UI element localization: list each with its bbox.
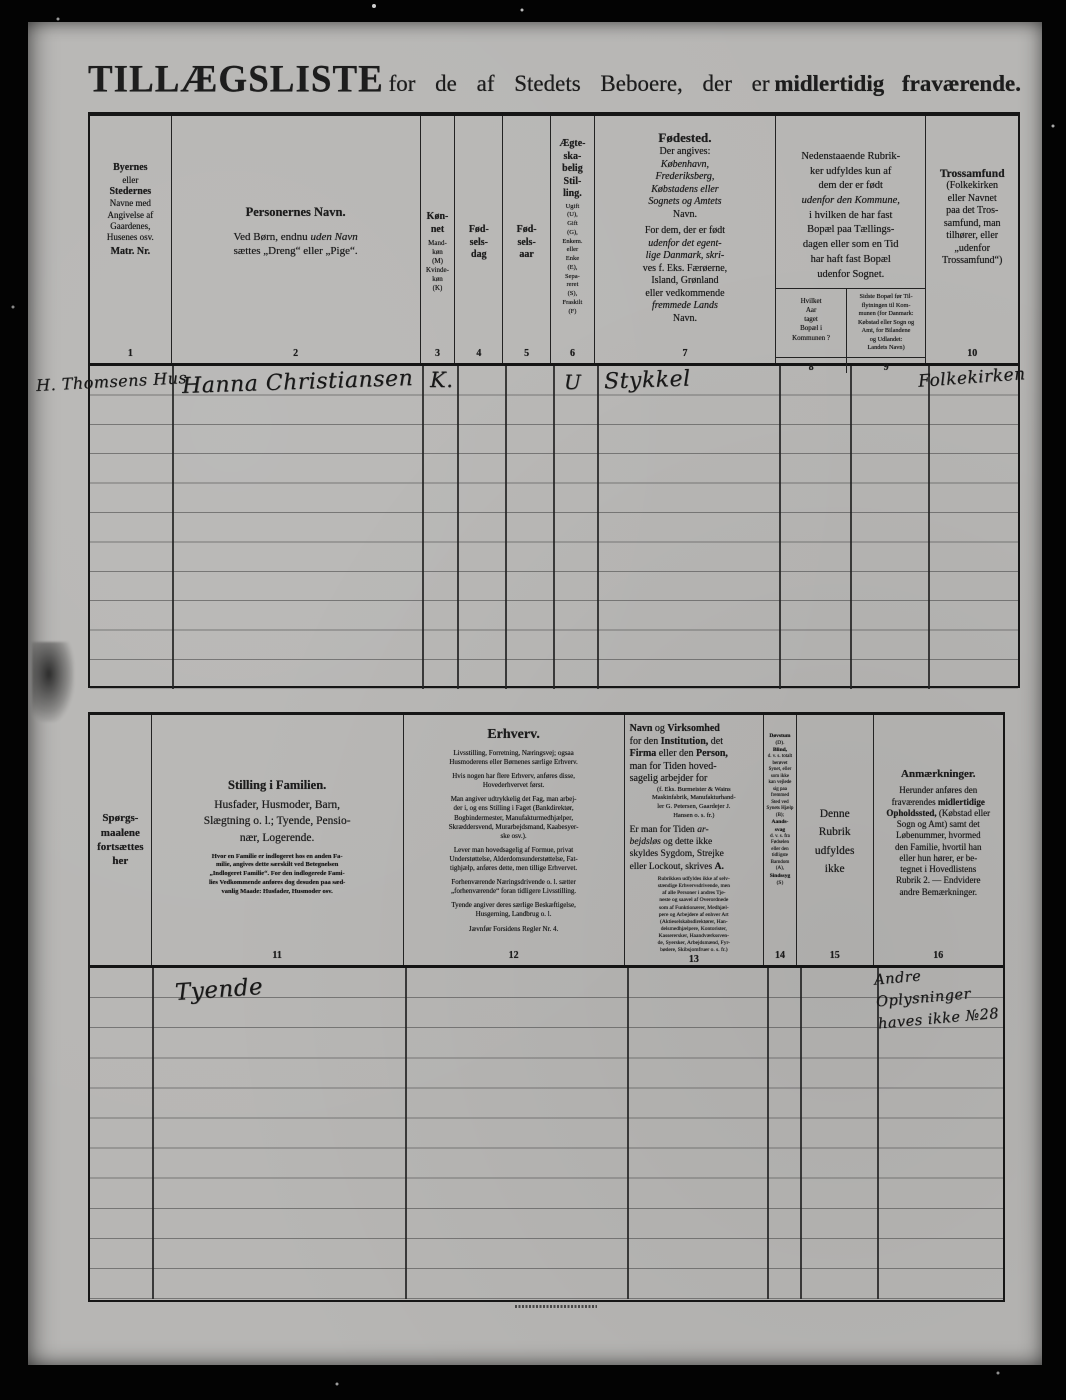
col4-title: Fød- sels- dag (469, 224, 489, 262)
col7-title: Fødested. (658, 130, 711, 146)
table-lower-rows (90, 968, 1003, 1299)
col12-p5: Forhenværende Næringsdrivende o. l. sætt… (451, 878, 576, 896)
page-title: TILLÆGSLISTE for de af Stedets Beboere, … (88, 58, 1021, 101)
col7-p2e: Navn. (673, 313, 697, 326)
title-mid: for de af Stedets Beboere, der er (389, 71, 770, 97)
col12-title: Erhverv. (487, 727, 540, 743)
col13-bold: Firma (630, 748, 657, 759)
col14-bold: Aands- svag (772, 819, 789, 833)
col13-roman: for den (630, 736, 661, 747)
col7-number: 7 (682, 348, 687, 363)
col14-roman: d. v. s. fra Fødselen eller den tidligst… (770, 834, 790, 873)
col1-line: eller (122, 175, 138, 186)
col13-bold: Navn (630, 723, 653, 734)
col12-p2: Hvis nogen har flere Erhverv, anføres di… (452, 772, 575, 790)
col7-p2b: udenfor det egent- lige Danmark, skri- (646, 238, 725, 263)
col16-title: Anmærkninger. (901, 767, 975, 781)
col5-title: Fød- sels- aar (517, 224, 537, 262)
col7-p2d: fremmede Lands (652, 300, 718, 313)
title-main: TILLÆGSLISTE (88, 57, 384, 102)
col1-header: Byernes eller Stedernes Navne med Angive… (90, 116, 172, 363)
col5-number: 5 (524, 348, 529, 363)
col10-sub: (Folkekirken eller Navnet paa det Tros- … (942, 180, 1002, 268)
col15-header: Denne Rubrik udfyldes ikke 15 (797, 715, 874, 965)
col2-sub: Ved Børn, endnu uden Navn (233, 230, 357, 244)
col12-number: 12 (509, 950, 519, 965)
col2-sub2: sættes „Dreng“ eller „Pige“. (234, 244, 358, 258)
col14-header: Døvstum (D). Blind, d. v. s. totalt berø… (764, 715, 797, 965)
col4-header: Fød- sels- dag 4 (455, 116, 503, 363)
table-upper-rows (90, 366, 1018, 689)
col13-bold: Virksomhed (667, 723, 719, 734)
col12-p4: Lever man hovedsagelig af Formue, privat… (449, 846, 577, 873)
document-page: TILLÆGSLISTE for de af Stedets Beboere, … (28, 22, 1042, 1365)
col6-header: Ægte- ska- belig Stil- ling. Ugift (U), … (551, 116, 595, 363)
grid-line (800, 968, 802, 1299)
col6-title: Ægte- ska- belig Stil- ling. (559, 138, 585, 201)
col3-number: 3 (435, 348, 440, 363)
col13-bold: A. (715, 862, 724, 872)
col13-roman: man for Tiden hoved- sagelig arbejder fo… (630, 761, 717, 785)
entry-marital: U (564, 370, 581, 394)
col4-number: 4 (476, 348, 481, 363)
col9-subheader: Sidste Bopæl før Til- flytningen til Kom… (847, 289, 925, 357)
grid-line (422, 366, 424, 689)
col13-roman: Er man for Tiden (630, 825, 698, 835)
col8-9-note: Nedenstaaende Rubrik- ker udfyldes kun a… (776, 116, 925, 289)
col12-header: Erhverv. Livsstilling, Forretning, Nærin… (404, 715, 625, 965)
col6-number: 6 (570, 348, 575, 363)
grid-line (553, 366, 555, 689)
title-tail: midlertidig fraværende. (774, 71, 1021, 97)
col14-number: 14 (775, 950, 785, 965)
col7-places: København, Frederiksberg, Købstadens ell… (648, 159, 721, 209)
dust-specks (0, 0, 2, 2)
col15-number: 15 (830, 950, 840, 965)
col12-p3: Man angiver udtrykkelig det Fag, man arb… (449, 795, 579, 840)
col14-bold: Sindssyg (770, 873, 791, 880)
col12-p1: Livsstilling, Forretning, Næringsvej; og… (449, 749, 577, 767)
col2-title: Personernes Navn. (246, 204, 346, 222)
grid-line (405, 968, 407, 1299)
col8-subheader: Hvilket Aar taget Bopæl i Kommunen ? (776, 289, 847, 357)
grid-line (767, 968, 769, 1299)
col16-roman: (Købstad eller Sogn og Amt) samt det Løb… (895, 808, 990, 897)
ink-smudge (32, 642, 74, 722)
col13-roman: det (708, 736, 723, 747)
col13-roman: og (652, 723, 667, 734)
entry-birthplace: Stykkel (604, 366, 691, 394)
col2-sub-pre: Ved Børn, endnu (233, 231, 310, 243)
printer-mark (515, 1305, 597, 1308)
col10-number: 10 (967, 348, 977, 363)
col3-title: Køn- net (427, 211, 449, 236)
col2-number: 2 (293, 348, 298, 363)
col12-p6: Tyende angiver deres særlige Beskæftigel… (451, 901, 576, 919)
col1-line: Stedernes (109, 186, 151, 199)
col7-navn: Navn. (673, 209, 697, 222)
scan-background: TILLÆGSLISTE for de af Stedets Beboere, … (0, 0, 1066, 1400)
col13-tiny1: (f. Eks. Burmeister & Wains Maskinfabrik… (630, 786, 758, 821)
grid-line (505, 366, 507, 689)
col11-number: 11 (272, 950, 281, 965)
grid-line (627, 968, 629, 1299)
grid-line (779, 366, 781, 689)
grid-line (928, 366, 930, 689)
grid-line (172, 366, 174, 689)
col14-roman: d. v. s. totalt berøvet Synet, eller som… (767, 754, 794, 819)
col16-header: Anmærkninger. Herunder anføres den fravæ… (874, 715, 1003, 965)
col11-fineprint: Hvor en Familie er indlogeret hos en and… (209, 853, 345, 897)
col3-header: Køn- net Mand- køn (M) Kvinde- køn (K) 3 (421, 116, 456, 363)
col7-p2c: ves f. Eks. Færøerne, Island, Grønland e… (643, 263, 727, 301)
col2-sub-italic: uden Navn (310, 231, 357, 243)
col8-9-note-b: i hvilken de har fast Bopæl paa Tællings… (803, 210, 899, 280)
table-upper-header: Byernes eller Stedernes Navne med Angive… (90, 116, 1018, 366)
col1-line: Byernes (113, 162, 147, 175)
entry-remarks: Andre Oplysninger haves ikke №28 (873, 960, 1005, 1036)
grid-line (597, 366, 599, 689)
col11-header: Stilling i Familien. Husfader, Husmoder,… (152, 715, 404, 965)
col13-roman: eller den (656, 748, 696, 759)
continuation-text: Spørgs- maalene fortsættes her (97, 811, 143, 868)
col7-p2a: For dem, der er født (645, 225, 725, 238)
col13-mid: Er man for Tiden ar- bejdsløs og dette i… (630, 824, 724, 873)
continuation-label: Spørgs- maalene fortsættes her (90, 715, 152, 965)
col8-9-note-italic: udenfor den Kommune, (782, 194, 919, 209)
col10-title: Trossamfund (940, 168, 1005, 180)
col2-header: Personernes Navn. Ved Børn, endnu uden N… (172, 116, 421, 363)
grid-line (152, 968, 154, 1299)
col13-tiny2: Rubrikken udfyldes ikke af selv- stændig… (630, 876, 758, 955)
col13-header: Navn og Virksomhed for den Institution, … (625, 715, 764, 965)
col13-intro: Navn og Virksomhed for den Institution, … (630, 723, 728, 786)
col7-intro: Der angives: (660, 146, 711, 159)
grid-line (457, 366, 459, 689)
col15-note: Denne Rubrik udfyldes ikke (815, 805, 855, 879)
col7-header: Fødested. Der angives: København, Freder… (595, 116, 776, 363)
col13-bold: Institution, (661, 736, 709, 747)
col11-main: Husfader, Husmoder, Barn, Slægtning o. l… (204, 797, 351, 847)
col8-9-header: Nedenstaaende Rubrik- ker udfyldes kun a… (776, 116, 926, 363)
col5-header: Fød- sels- aar 5 (503, 116, 551, 363)
col1-line: Navne med Angivelse af Gaardenes, Husene… (107, 198, 154, 243)
col3-sub: Mand- køn (M) Kvinde- køn (K) (426, 239, 449, 294)
col16-number: 16 (933, 950, 943, 965)
table-lower-header: Spørgs- maalene fortsættes her Stilling … (90, 715, 1003, 968)
grid-line (850, 366, 852, 689)
col8-9-subheaders: Hvilket Aar taget Bopæl i Kommunen ? Sid… (776, 289, 925, 358)
entry-sex: K. (430, 368, 453, 392)
col14-roman: (S) (777, 880, 784, 887)
col1-line: Matr. Nr. (111, 246, 151, 259)
col10-header: Trossamfund (Folkekirken eller Navnet pa… (926, 116, 1018, 363)
table-lower: Spørgs- maalene fortsættes her Stilling … (88, 712, 1005, 1302)
col12-p7: Jævnfør Forsidens Regler Nr. 4. (469, 925, 558, 934)
col16-body: Herunder anføres den fraværendes midlert… (886, 785, 990, 898)
col6-sub: Ugift (U), Gift (G), Enkem. eller Enke (… (562, 203, 582, 317)
col13-bold: Person, (696, 748, 728, 759)
col11-title: Stilling i Familien. (228, 777, 326, 795)
col8-9-note-a: Nedenstaaende Rubrik- ker udfyldes kun a… (801, 151, 900, 191)
col1-number: 1 (128, 348, 133, 363)
table-upper: Byernes eller Stedernes Navne med Angive… (88, 112, 1020, 688)
